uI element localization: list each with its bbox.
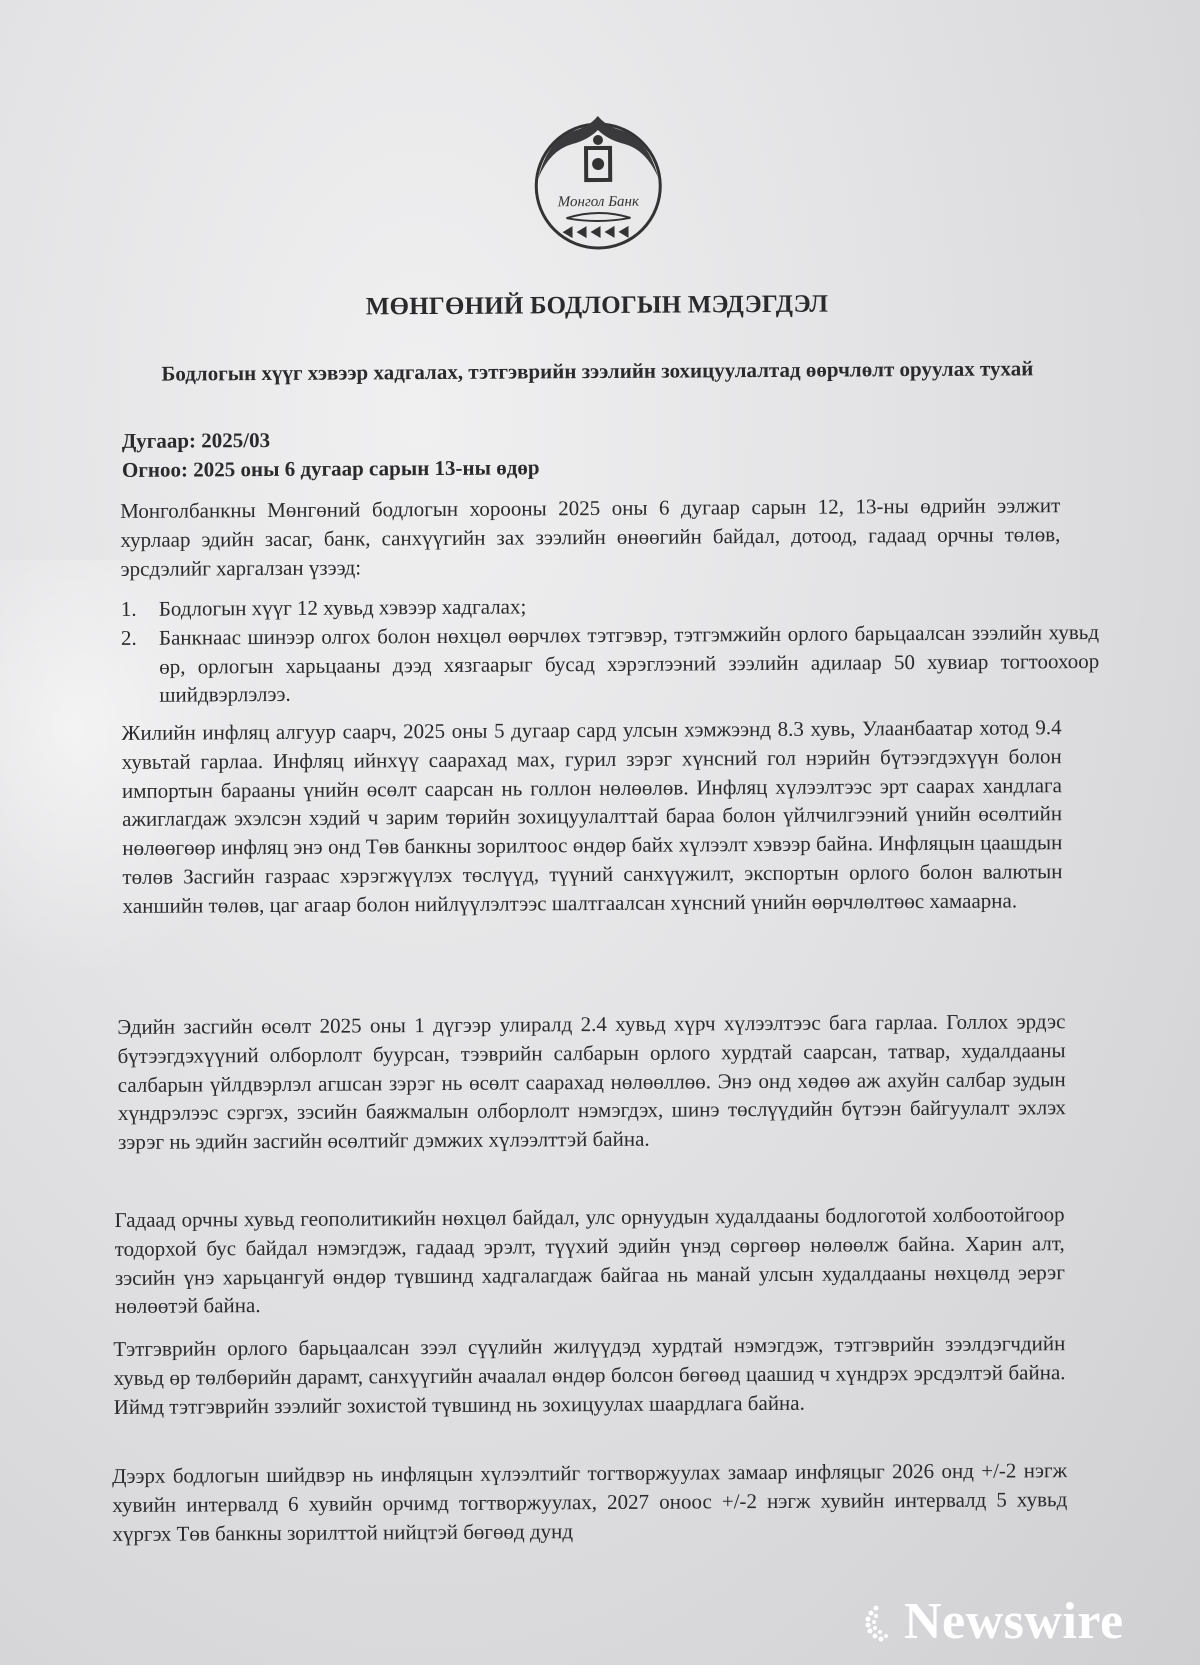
decision-item: 2. Банкнаас шинээр олгох болон нөхцөл өө… [159, 618, 1100, 710]
mongolbank-logo: Монгол Банк [528, 108, 669, 259]
newswire-watermark: Newswire [862, 1592, 1124, 1651]
document-meta: Дугаар: 2025/03 Огноо: 2025 оны 6 дугаар… [122, 424, 540, 485]
intro-paragraph: Монголбанкны Мөнгөний бодлогын хорооны 2… [120, 491, 1061, 583]
document-title: МӨНГӨНИЙ БОДЛОГЫН МЭДЭГДЭЛ [0, 288, 1197, 323]
watermark-text: Newswire [904, 1592, 1124, 1651]
pension-loan-paragraph: Тэтгэврийн орлого барьцаалсан зээл сүүли… [113, 1329, 1066, 1421]
document-page: Монгол Банк МӨНГӨНИЙ БОДЛОГЫН МЭДЭГДЭЛ Б… [0, 0, 1200, 1665]
mongolbank-emblem-icon: Монгол Банк [528, 108, 669, 259]
document-subtitle: Бодлогын хүүг хэвээр хадгалах, тэтгэврий… [147, 353, 1047, 388]
decision-number: 2. [121, 624, 137, 653]
growth-paragraph: Эдийн засгийн өсөлт 2025 оны 1 дүгээр ул… [117, 1007, 1066, 1157]
decision-text: Бодлогын хүүг 12 хувьд хэвээр хадгалах; [159, 594, 527, 620]
inflation-paragraph: Жилийн инфляц алгуур саарч, 2025 оны 5 д… [121, 713, 1062, 920]
external-paragraph: Гадаад орчны хувьд геополитикийн нөхцөл … [114, 1200, 1065, 1321]
newswire-globe-icon [862, 1600, 900, 1644]
document-date: Огноо: 2025 оны 6 дугаар сарын 13-ны өдө… [122, 453, 540, 485]
svg-text:Монгол Банк: Монгол Банк [557, 194, 640, 211]
policy-target-paragraph: Дээрх бодлогын шийдвэр нь инфляцын хүлээ… [112, 1456, 1068, 1548]
decision-list: 1. Бодлогын хүүг 12 хувьд хэвээр хадгала… [121, 589, 1100, 710]
decision-number: 1. [121, 595, 137, 624]
document-number: Дугаар: 2025/03 [122, 424, 540, 456]
decision-text: Банкнаас шинээр олгох болон нөхцөл өөрчл… [159, 620, 1099, 707]
